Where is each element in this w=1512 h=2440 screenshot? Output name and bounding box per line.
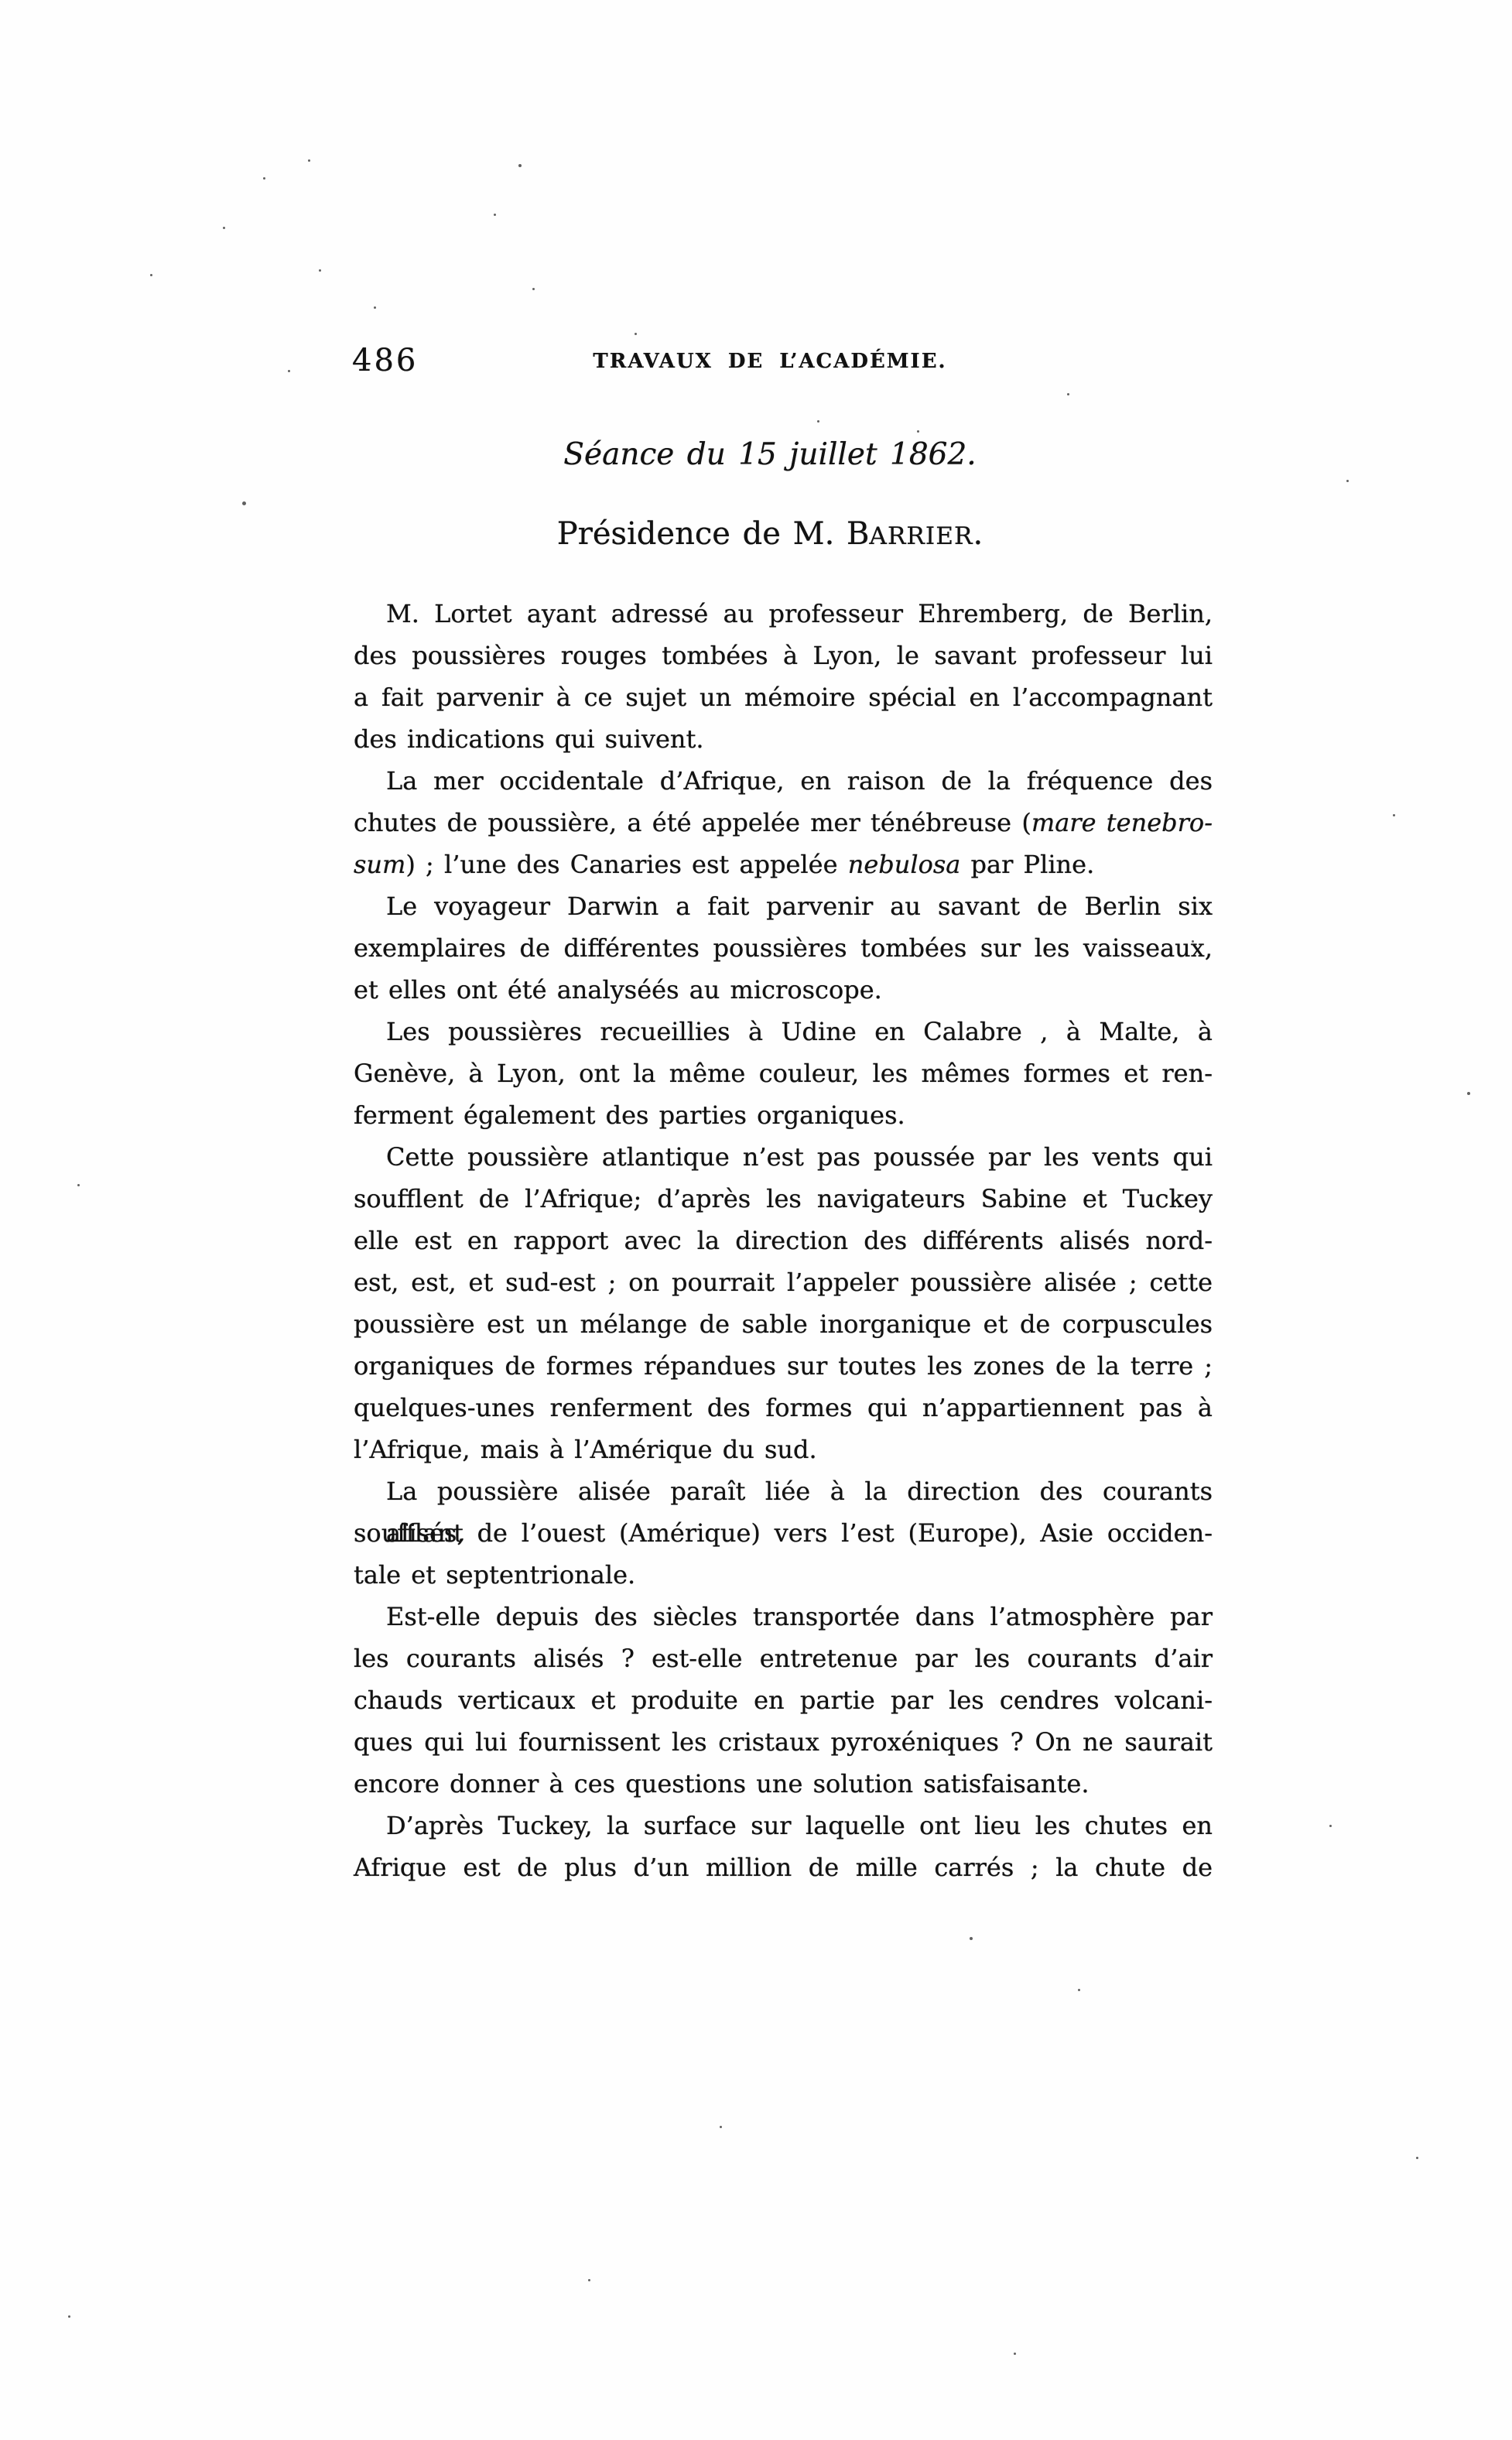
scan-speck (263, 177, 265, 180)
text-line: ques qui lui fournissent les cristaux py… (354, 1721, 1213, 1763)
scan-speck (374, 306, 376, 309)
text-segment: exemplaires de différentes poussières to… (354, 933, 1213, 963)
italic-segment: sum (354, 850, 405, 879)
text-line: Cette poussière atlantique n’est pas pou… (354, 1136, 1213, 1178)
scan-speck (588, 2279, 590, 2281)
text-line: elle est en rapport avec la direction de… (354, 1220, 1213, 1261)
text-line: organiques de formes répandues sur toute… (354, 1345, 1213, 1387)
text-segment: est, est, et sud-est ; on pourrait l’app… (354, 1268, 1213, 1297)
text-line: D’après Tuckey, la surface sur laquelle … (354, 1805, 1213, 1846)
italic-segment: mare tenebro- (1031, 808, 1213, 837)
scan-speck (494, 214, 496, 216)
text-segment: Genève, à Lyon, ont la même couleur, les… (354, 1059, 1213, 1088)
text-segment: Cette poussière atlantique n’est pas pou… (386, 1142, 1213, 1172)
text-line: ferment également des parties organiques… (354, 1094, 1213, 1136)
text-segment: a fait parvenir à ce sujet un mémoire sp… (354, 683, 1213, 712)
text-segment: chauds verticaux et produite en partie p… (354, 1685, 1213, 1715)
text-line: soufflent de l’Afrique; d’après les navi… (354, 1178, 1213, 1220)
text-segment: l’Afrique, mais à l’Amérique du sud. (354, 1435, 817, 1464)
text-segment: Le voyageur Darwin a fait parvenir au sa… (386, 891, 1213, 921)
text-line: encore donner à ces questions une soluti… (354, 1763, 1213, 1805)
text-segment: elle est en rapport avec la direction de… (354, 1226, 1213, 1255)
text-line: sum) ; l’une des Canaries est appelée ne… (354, 844, 1213, 885)
scan-speck (1346, 480, 1349, 482)
presidence-name: ARRIER (869, 522, 973, 550)
text-line: a fait parvenir à ce sujet un mémoire sp… (354, 676, 1213, 718)
text-line: des poussières rouges tombées à Lyon, le… (354, 635, 1213, 676)
scan-speck (970, 1937, 973, 1940)
text-segment: et elles ont été analyséés au microscope… (354, 975, 882, 1004)
text-line: Genève, à Lyon, ont la même couleur, les… (354, 1052, 1213, 1094)
scan-speck (77, 1184, 80, 1186)
text-line: Les poussières recueillies à Udine en Ca… (354, 1011, 1213, 1052)
text-segment: D’après Tuckey, la surface sur laquelle … (386, 1811, 1213, 1840)
scan-speck (817, 420, 819, 423)
text-line: chauds verticaux et produite en partie p… (354, 1679, 1213, 1721)
text-segment: des poussières rouges tombées à Lyon, le… (354, 641, 1213, 670)
text-segment: tale et septentrionale. (354, 1560, 635, 1590)
text-line: La mer occidentale d’Afrique, en raison … (354, 760, 1213, 802)
text-line: et elles ont été analyséés au microscope… (354, 969, 1213, 1011)
text-line: chutes de poussière, a été appelée mer t… (354, 802, 1213, 844)
scan-speck (1393, 814, 1395, 816)
presidence-line: Présidence de M. BARRIER. (340, 517, 1199, 553)
text-line: quelques-unes renferment des formes qui … (354, 1387, 1213, 1429)
scan-speck (635, 333, 637, 335)
text-line: Afrique est de plus d’un million de mill… (354, 1846, 1213, 1888)
scan-speck (1014, 2353, 1016, 2355)
scan-speck (308, 159, 310, 162)
scan-speck (242, 501, 246, 505)
text-segment: Est-elle depuis des siècles transportée … (386, 1602, 1213, 1631)
text-segment: encore donner à ces questions une soluti… (354, 1769, 1089, 1798)
scan-speck (223, 227, 225, 229)
text-segment: poussière est un mélange de sable inorga… (354, 1309, 1213, 1339)
text-line: M. Lortet ayant adressé au professeur Eh… (354, 593, 1213, 635)
text-segment: chutes de poussière, a été appelée mer t… (354, 808, 1031, 837)
scan-speck (1192, 940, 1194, 943)
text-segment: des indications qui suivent. (354, 724, 704, 754)
italic-segment: nebulosa (848, 850, 961, 879)
text-segment: les courants alisés ? est-elle entretenu… (354, 1644, 1213, 1673)
scan-speck (319, 269, 321, 272)
scan-speck (518, 164, 522, 167)
presidence-prefix: Présidence de M. B (557, 516, 870, 552)
scan-speck (288, 370, 290, 372)
text-segment: ferment également des parties organiques… (354, 1100, 905, 1130)
scan-speck (1467, 1092, 1470, 1095)
presidence-period: . (973, 516, 983, 552)
text-segment: soufflant de l’ouest (Amérique) vers l’e… (354, 1518, 1213, 1548)
session-title: Séance du 15 juillet 1862. (340, 438, 1199, 472)
text-segment: ques qui lui fournissent les cristaux py… (354, 1727, 1213, 1757)
running-title: TRAVAUX DE L’ACADÉMIE. (340, 350, 1199, 373)
text-line: des indications qui suivent. (354, 718, 1213, 760)
document-page: 486 TRAVAUX DE L’ACADÉMIE. Séance du 15 … (0, 0, 1512, 2440)
text-line: est, est, et sud-est ; on pourrait l’app… (354, 1261, 1213, 1303)
body-text: M. Lortet ayant adressé au professeur Eh… (354, 593, 1213, 1888)
text-segment: quelques-unes renferment des formes qui … (354, 1393, 1213, 1422)
text-line: tale et septentrionale. (354, 1554, 1213, 1596)
text-line: exemplaires de différentes poussières to… (354, 927, 1213, 969)
scan-speck (68, 2315, 70, 2318)
text-line: Est-elle depuis des siècles transportée … (354, 1596, 1213, 1638)
text-segment: M. Lortet ayant adressé au professeur Eh… (386, 599, 1213, 628)
scan-speck (720, 2126, 722, 2128)
text-segment: organiques de formes répandues sur toute… (354, 1351, 1213, 1381)
text-line: poussière est un mélange de sable inorga… (354, 1303, 1213, 1345)
text-segment: La mer occidentale d’Afrique, en raison … (386, 766, 1213, 796)
scan-speck (150, 274, 152, 276)
text-line: soufflant de l’ouest (Amérique) vers l’e… (354, 1512, 1213, 1554)
text-segment: Afrique est de plus d’un million de mill… (354, 1853, 1213, 1882)
text-segment: Les poussières recueillies à Udine en Ca… (386, 1017, 1213, 1046)
text-segment: soufflent de l’Afrique; d’après les navi… (354, 1184, 1213, 1213)
text-segment: ) ; l’une des Canaries est appelée (405, 850, 847, 879)
text-line: Le voyageur Darwin a fait parvenir au sa… (354, 885, 1213, 927)
scan-speck (532, 288, 535, 290)
scan-speck (1329, 1825, 1332, 1827)
text-segment: par Pline. (960, 850, 1094, 879)
scan-speck (917, 430, 919, 433)
text-line: l’Afrique, mais à l’Amérique du sud. (354, 1429, 1213, 1470)
text-line: La poussière alisée paraît liée à la dir… (354, 1470, 1213, 1512)
scan-speck (1078, 1989, 1080, 1991)
scan-speck (1416, 2157, 1418, 2159)
scan-speck (1067, 393, 1069, 395)
text-line: les courants alisés ? est-elle entretenu… (354, 1638, 1213, 1679)
